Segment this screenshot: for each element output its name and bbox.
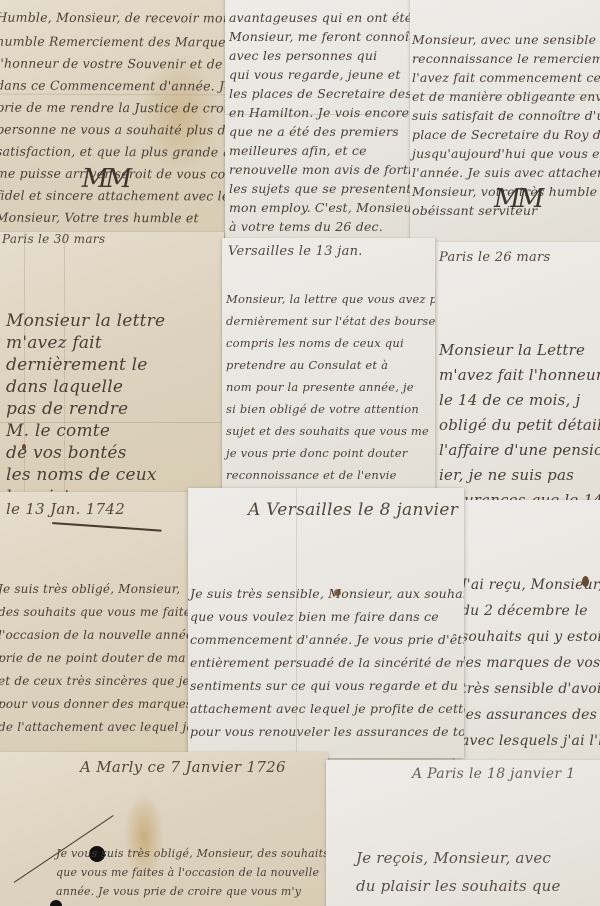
letter-dateline: Paris le 26 mars bbox=[439, 250, 551, 265]
letter-middle-right: Paris le 26 mars Monsieur la Lettre m'av… bbox=[433, 242, 600, 510]
ink-blot bbox=[22, 444, 26, 450]
letter-dateline: le 13 Jan. 1742 bbox=[6, 500, 125, 518]
letter-body: avantageuses qui en ont été Monsieur, me… bbox=[229, 8, 413, 236]
letter-bottom-right: A Paris le 18 janvier 1 Je reçois, Monsi… bbox=[326, 760, 600, 906]
letters-photo: Humble, Monsieur, de recevoir mon humble… bbox=[0, 0, 600, 906]
date-underline-flourish bbox=[52, 522, 162, 532]
letter-middle-center: Versailles le 13 jan. Monsieur, la lettr… bbox=[222, 238, 436, 494]
letter-body: Je suis très obligé, Monsieur, des souha… bbox=[0, 578, 208, 739]
letter-top-right: Monsieur, avec une sensible reconnaissan… bbox=[410, 0, 600, 246]
letter-dateline: A Versailles le 8 janvier 1743. bbox=[248, 500, 464, 520]
signature: MM bbox=[494, 184, 541, 214]
letter-lower-left: le 13 Jan. 1742 Je suis très obligé, Mon… bbox=[0, 492, 208, 754]
letter-dateline: Paris le 30 mars bbox=[2, 232, 105, 246]
letter-dateline: A Paris le 18 janvier 1 bbox=[412, 766, 575, 782]
ink-blot bbox=[582, 576, 589, 587]
letter-body: Je vous suis très obligé, Monsieur, des … bbox=[56, 844, 328, 901]
letter-top-middle: avantageuses qui en ont été Monsieur, me… bbox=[225, 0, 413, 240]
letter-top-left: Humble, Monsieur, de recevoir mon humble… bbox=[0, 0, 230, 236]
letter-dateline: A Marly ce 7 Janvier 1726 bbox=[80, 758, 286, 776]
letter-body: Monsieur la lettre m'avez fait dernièrem… bbox=[6, 310, 165, 500]
letter-body: Je reçois, Monsieur, avec du plaisir les… bbox=[356, 844, 561, 900]
letter-body: Monsieur, la lettre que vous avez pris d… bbox=[226, 288, 436, 486]
signature: MM bbox=[82, 164, 129, 194]
letter-lower-right: J'ai reçu, Monsieur, du 2 décembre le so… bbox=[455, 500, 600, 762]
letter-bottom-left: A Marly ce 7 Janvier 1726 Je vous suis t… bbox=[0, 752, 328, 906]
letter-body: J'ai reçu, Monsieur, du 2 décembre le so… bbox=[461, 572, 600, 754]
letter-body: Je suis très sensible, Monsieur, aux sou… bbox=[190, 582, 464, 743]
letter-middle-left: Paris le 30 mars Monsieur la lettre m'av… bbox=[0, 232, 224, 500]
letter-body: Monsieur la Lettre m'avez fait l'honneur… bbox=[439, 338, 600, 510]
letter-lower-center: A Versailles le 8 janvier 1743. Je suis … bbox=[188, 488, 464, 758]
letter-dateline: Versailles le 13 jan. bbox=[228, 244, 363, 259]
letter-body: Humble, Monsieur, de recevoir mon humble… bbox=[0, 4, 230, 237]
